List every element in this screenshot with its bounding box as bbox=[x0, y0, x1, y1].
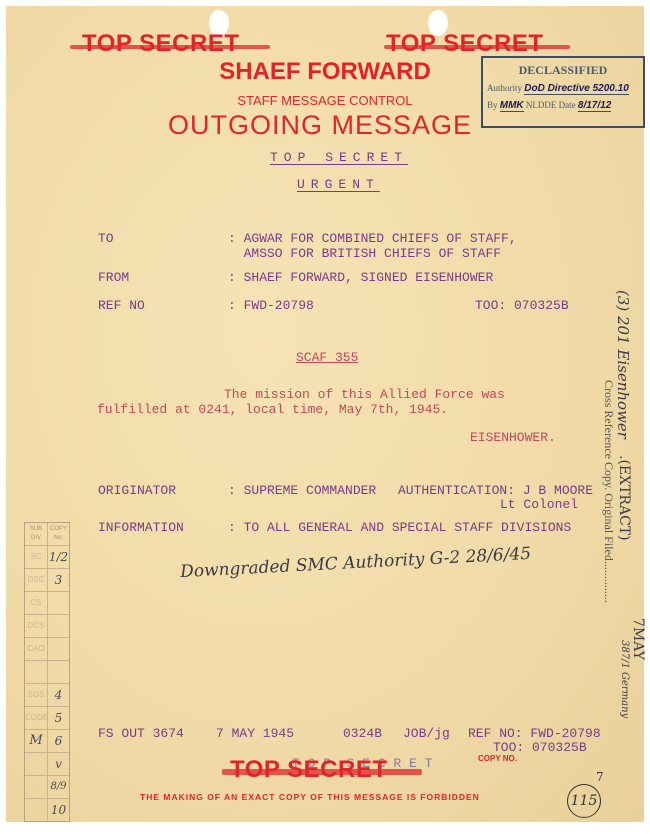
authentication-rank: Lt Colonel bbox=[500, 497, 578, 512]
table-row: M6 bbox=[25, 730, 69, 753]
form-title: OUTGOING MESSAGE bbox=[160, 110, 480, 141]
table-row: SC1/2 bbox=[25, 546, 69, 569]
copy-cell: 10 bbox=[48, 799, 69, 821]
copy-cell: v bbox=[48, 753, 69, 775]
div-cell: SGS bbox=[25, 684, 48, 706]
copy-cell bbox=[48, 661, 69, 683]
margin-note-extract: .(EXTRACT) bbox=[616, 455, 632, 541]
copy-warning: THE MAKING OF AN EXACT COPY OF THIS MESS… bbox=[140, 792, 480, 802]
div-cell: CODE bbox=[25, 707, 48, 729]
copy-cell bbox=[48, 615, 69, 637]
table-row: CAO bbox=[25, 638, 69, 661]
from-value: : SHAEF FORWARD, SIGNED EISENHOWER bbox=[228, 270, 493, 285]
div-cell: DSC bbox=[25, 569, 48, 591]
bottom-too: TOO: 070325B bbox=[493, 740, 587, 755]
table-header-row: SUB DIV COPY No. bbox=[25, 523, 69, 546]
copy-no-label: COPY NO. bbox=[478, 754, 517, 763]
authority-value: DoD Directive 5200.10 bbox=[524, 83, 629, 95]
corner-mark: 7 bbox=[596, 770, 604, 784]
message-time: 0324B bbox=[343, 726, 382, 741]
bottom-ref-no: REF NO: FWD-20798 bbox=[468, 726, 601, 741]
to-line-2: AMSSO FOR BRITISH CHIEFS OF STAFF bbox=[228, 246, 501, 261]
table-row: CS bbox=[25, 592, 69, 615]
copy-cell bbox=[48, 638, 69, 660]
time-of-origin: TOO: 070325B bbox=[475, 298, 569, 313]
copy-cell: 4 bbox=[48, 684, 69, 706]
declassified-stamp: DECLASSIFIED Authority DoD Directive 520… bbox=[481, 56, 645, 128]
precedence: URGENT bbox=[297, 177, 380, 192]
copy-cell: 1/2 bbox=[48, 546, 69, 568]
cross-reference-stamp: Cross Reference Copy. Original Filed....… bbox=[601, 380, 616, 603]
margin-note-date: 7MAY bbox=[630, 618, 646, 660]
copy-cell: 8/9 bbox=[48, 776, 69, 798]
authority-label: Authority bbox=[487, 83, 522, 93]
by-value: MMK bbox=[500, 100, 524, 112]
div-cell bbox=[25, 661, 48, 683]
copy-cell: 3 bbox=[48, 569, 69, 591]
table-row bbox=[25, 661, 69, 684]
typist-initials: JOB/jg bbox=[403, 726, 450, 741]
strikethrough-line bbox=[70, 45, 270, 49]
information-label: INFORMATION bbox=[98, 520, 184, 535]
ref-label: REF NO bbox=[98, 298, 145, 313]
message-line-1: The mission of this Allied Force was bbox=[224, 387, 505, 402]
originator-value: : SUPREME COMMANDER bbox=[228, 483, 376, 498]
table-row: SGS4 bbox=[25, 684, 69, 707]
from-label: FROM bbox=[98, 270, 129, 285]
to-line-1: : AGWAR FOR COMBINED CHIEFS OF STAFF, bbox=[228, 231, 517, 246]
to-label: TO bbox=[98, 231, 114, 246]
date-label: Date bbox=[559, 100, 576, 110]
table-row: DSC3 bbox=[25, 569, 69, 592]
table-row: 10 bbox=[25, 799, 69, 821]
copy-cell bbox=[48, 592, 69, 614]
fs-out-number: FS OUT 3674 bbox=[98, 726, 184, 741]
information-value: : TO ALL GENERAL AND SPECIAL STAFF DIVIS… bbox=[228, 520, 571, 535]
div-cell bbox=[25, 799, 48, 821]
div-cell: CS bbox=[25, 592, 48, 614]
originator-label: ORIGINATOR bbox=[98, 483, 176, 498]
div-cell: DCS bbox=[25, 615, 48, 637]
classification-right: TOP SECRET bbox=[386, 30, 543, 58]
message-reference: SCAF 355 bbox=[296, 350, 358, 365]
strikethrough-line bbox=[222, 769, 422, 775]
margin-note-file: (3) 201 Eisenhower bbox=[614, 290, 632, 439]
section-title: STAFF MESSAGE CONTROL bbox=[212, 93, 438, 108]
div-cell: SC bbox=[25, 546, 48, 568]
div-cell bbox=[25, 776, 48, 798]
div-cell bbox=[25, 753, 48, 775]
header-sub-div: SUB DIV bbox=[25, 523, 48, 545]
table-row: DCS bbox=[25, 615, 69, 638]
org-title: SHAEF FORWARD bbox=[212, 58, 438, 86]
distribution-table: SUB DIV COPY No. SC1/2 DSC3 CS DCS CAO S… bbox=[24, 522, 70, 822]
strikethrough-line bbox=[384, 45, 570, 49]
message-signature: EISENHOWER. bbox=[470, 430, 556, 445]
table-row: v bbox=[25, 753, 69, 776]
date-value: 8/17/12 bbox=[578, 100, 611, 112]
agency: NLDDE bbox=[526, 100, 557, 110]
table-row: CODE5 bbox=[25, 707, 69, 730]
table-row: 8/9 bbox=[25, 776, 69, 799]
ref-value: : FWD-20798 bbox=[228, 298, 314, 313]
copy-cell: 6 bbox=[48, 730, 69, 752]
margin-note-file-ref: 387/1 Germany bbox=[619, 640, 630, 718]
div-cell: CAO bbox=[25, 638, 48, 660]
message-date: 7 MAY 1945 bbox=[216, 726, 294, 741]
authentication: AUTHENTICATION: J B MOORE bbox=[398, 483, 593, 498]
page-number-circle: 115 bbox=[567, 784, 601, 818]
header-copy-no: COPY No. bbox=[48, 523, 69, 545]
copy-cell: 5 bbox=[48, 707, 69, 729]
typed-classification: TOP SECRET bbox=[270, 150, 408, 165]
message-line-2: fulfilled at 0241, local time, May 7th, … bbox=[97, 402, 448, 417]
classification-left: TOP SECRET bbox=[82, 30, 239, 58]
by-label: By bbox=[487, 100, 498, 110]
stamp-title: DECLASSIFIED bbox=[483, 63, 643, 78]
div-cell: M bbox=[25, 730, 48, 752]
